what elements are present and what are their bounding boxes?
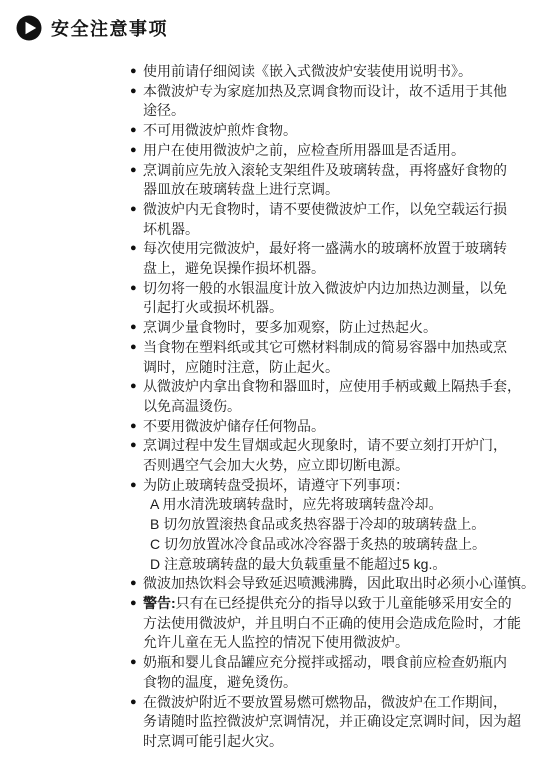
safety-instructions-list: ●使用前请仔细阅读《嵌入式微波炉安装使用说明书》。●本微波炉专为家庭加热及烹调食…: [130, 62, 540, 752]
bullet-icon: ●: [130, 574, 143, 594]
item-line: 不可用微波炉煎炸食物。: [143, 121, 540, 141]
list-item: ●奶瓶和婴儿食品罐应充分搅拌或摇动，喂食前应检查奶瓶内食物的温度，避免烫伤。: [130, 653, 540, 692]
list-item: ●烹调过程中发生冒烟或起火现象时，请不要立刻打开炉门，否则遇空气会加大火势，应立…: [130, 436, 540, 475]
item-line: 用户在使用微波炉之前，应检查所用器皿是否适用。: [143, 141, 540, 161]
item-line: 使用前请仔细阅读《嵌入式微波炉安装使用说明书》。: [143, 62, 540, 82]
sub-item-line: B 切勿放置滚热食品或炙热容器于冷却的玻璃转盘上。: [150, 515, 540, 535]
bullet-icon: ●: [130, 338, 143, 358]
item-line: 否则遇空气会加大火势，应立即切断电源。: [143, 456, 540, 476]
bullet-icon: ●: [130, 436, 143, 456]
warning-label: 警告:: [143, 595, 176, 611]
bullet-icon: ●: [130, 279, 143, 299]
section-header: 安全注意事项: [16, 15, 168, 41]
bullet-icon: ●: [130, 318, 143, 338]
list-item: ●警告:只有在已经提供充分的指导以致于儿童能够采用安全的方法使用微波炉，并且明白…: [130, 594, 540, 653]
list-item: ●用户在使用微波炉之前，应检查所用器皿是否适用。: [130, 141, 540, 161]
bullet-icon: ●: [130, 377, 143, 397]
item-line: 时烹调可能引起火灾。: [143, 732, 540, 752]
item-line: 盘上，避免误操作损坏机器。: [143, 259, 540, 279]
bullet-icon: ●: [130, 121, 143, 141]
list-item: ●本微波炉专为家庭加热及烹调食物而设计，故不适用于其他途径。: [130, 82, 540, 121]
item-line: 务请随时监控微波炉烹调情况，并正确设定烹调时间，因为超: [143, 712, 540, 732]
list-item: ●从微波炉内拿出食物和器皿时，应使用手柄或戴上隔热手套，以免高温烫伤。: [130, 377, 540, 416]
bullet-icon: ●: [130, 200, 143, 220]
item-line: 当食物在塑料纸或其它可燃材料制成的简易容器中加热或烹: [143, 338, 540, 358]
item-line: 本微波炉专为家庭加热及烹调食物而设计，故不适用于其他: [143, 82, 540, 102]
list-item: ●烹调少量食物时，要多加观察，防止过热起火。: [130, 318, 540, 338]
play-icon: [16, 15, 42, 41]
sub-item-line: D 注意玻璃转盘的最大负载重量不能超过5 kg.。: [150, 555, 540, 575]
item-line: 微波加热饮料会导致延迟喷溅沸腾，因此取出时必须小心谨慎。: [143, 574, 540, 594]
item-line: 切勿将一般的水银温度计放入微波炉内边加热边测量，以免: [143, 279, 540, 299]
list-item: ●每次使用完微波炉，最好将一盛满水的玻璃杯放置于玻璃转盘上，避免误操作损坏机器。: [130, 239, 540, 278]
sub-item-line: A 用水清洗玻璃转盘时，应先将玻璃转盘冷却。: [150, 495, 540, 515]
list-item: ●切勿将一般的水银温度计放入微波炉内边加热边测量，以免引起打火或损坏机器。: [130, 279, 540, 318]
bullet-icon: ●: [130, 594, 143, 614]
item-line: 警告:只有在已经提供充分的指导以致于儿童能够采用安全的: [143, 594, 540, 614]
bullet-icon: ●: [130, 417, 143, 437]
list-item: ●当食物在塑料纸或其它可燃材料制成的简易容器中加热或烹调时，应随时注意，防止起火…: [130, 338, 540, 377]
item-line: 微波炉内无食物时，请不要使微波炉工作，以免空载运行损: [143, 200, 540, 220]
item-line: 途径。: [143, 101, 540, 121]
item-line: 为防止玻璃转盘受损坏，请遵守下列事项：: [143, 476, 540, 496]
item-line: 坏机器。: [143, 220, 540, 240]
list-item: ●微波炉内无食物时，请不要使微波炉工作，以免空载运行损坏机器。: [130, 200, 540, 239]
list-item: ●不可用微波炉煎炸食物。: [130, 121, 540, 141]
bullet-icon: ●: [130, 62, 143, 82]
item-line: 器皿放在玻璃转盘上进行烹调。: [143, 180, 540, 200]
item-line: 奶瓶和婴儿食品罐应充分搅拌或摇动，喂食前应检查奶瓶内: [143, 653, 540, 673]
item-line: 烹调少量食物时，要多加观察，防止过热起火。: [143, 318, 540, 338]
list-item: ●烹调前应先放入滚轮支架组件及玻璃转盘，再将盛好食物的器皿放在玻璃转盘上进行烹调…: [130, 161, 540, 200]
item-line: 在微波炉附近不要放置易燃可燃物品，微波炉在工作期间，: [143, 693, 540, 713]
bullet-icon: ●: [130, 82, 143, 102]
bullet-icon: ●: [130, 653, 143, 673]
bullet-icon: ●: [130, 141, 143, 161]
list-item: ●使用前请仔细阅读《嵌入式微波炉安装使用说明书》。: [130, 62, 540, 82]
bullet-icon: ●: [130, 161, 143, 181]
item-line: 方法使用微波炉，并且明白不正确的使用会造成危险时，才能: [143, 614, 540, 634]
list-item: ●在微波炉附近不要放置易燃可燃物品，微波炉在工作期间，务请随时监控微波炉烹调情况…: [130, 693, 540, 752]
item-line: 烹调前应先放入滚轮支架组件及玻璃转盘，再将盛好食物的: [143, 161, 540, 181]
item-line: 从微波炉内拿出食物和器皿时，应使用手柄或戴上隔热手套，: [143, 377, 540, 397]
item-line: 引起打火或损坏机器。: [143, 298, 540, 318]
item-line: 烹调过程中发生冒烟或起火现象时，请不要立刻打开炉门，: [143, 436, 540, 456]
manual-page: 安全注意事项 ●使用前请仔细阅读《嵌入式微波炉安装使用说明书》。●本微波炉专为家…: [0, 0, 545, 768]
item-line: 以免高温烫伤。: [143, 397, 540, 417]
item-line: 允许儿童在无人监控的情况下使用微波炉。: [143, 633, 540, 653]
item-line: 调时，应随时注意，防止起火。: [143, 358, 540, 378]
list-item: ●不要用微波炉储存任何物品。: [130, 417, 540, 437]
item-line: 不要用微波炉储存任何物品。: [143, 417, 540, 437]
list-item: ●为防止玻璃转盘受损坏，请遵守下列事项：: [130, 476, 540, 496]
list-item: ●微波加热饮料会导致延迟喷溅沸腾，因此取出时必须小心谨慎。: [130, 574, 540, 594]
bullet-icon: ●: [130, 476, 143, 496]
item-line: 食物的温度，避免烫伤。: [143, 673, 540, 693]
page-title: 安全注意事项: [51, 15, 168, 41]
sub-item-block: A 用水清洗玻璃转盘时，应先将玻璃转盘冷却。B 切勿放置滚热食品或炙热容器于冷却…: [150, 495, 540, 574]
item-line: 每次使用完微波炉，最好将一盛满水的玻璃杯放置于玻璃转: [143, 239, 540, 259]
bullet-icon: ●: [130, 693, 143, 713]
bullet-icon: ●: [130, 239, 143, 259]
sub-item-line: C 切勿放置冰冷食品或冰冷容器于炙热的玻璃转盘上。: [150, 535, 540, 555]
